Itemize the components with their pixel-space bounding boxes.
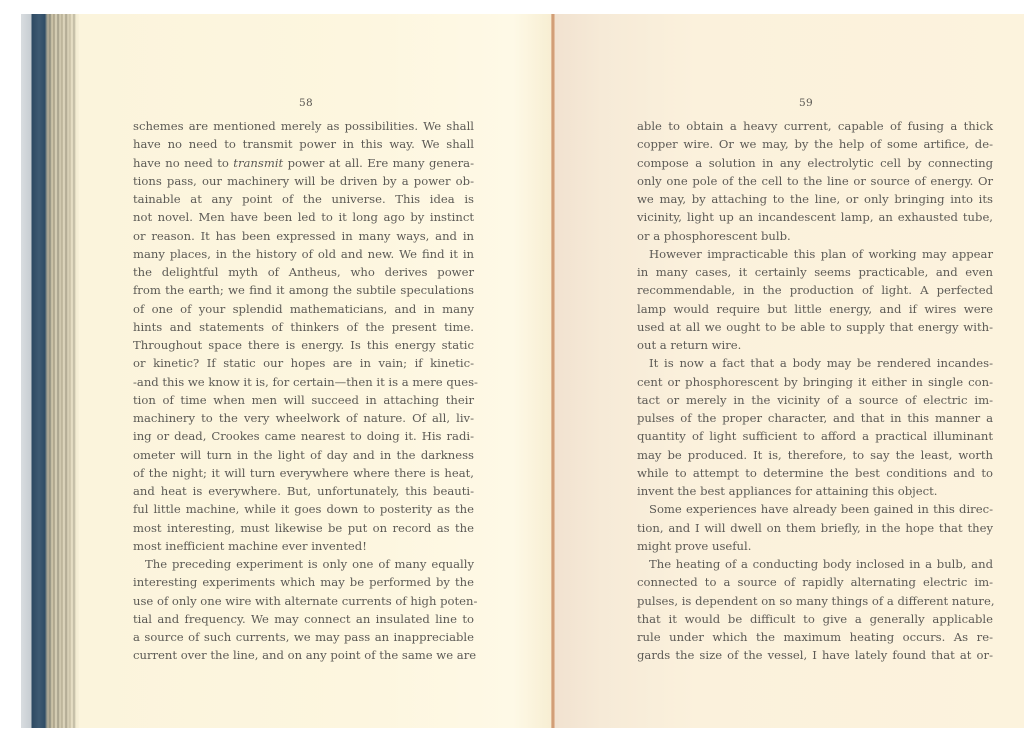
text-line: pulses, is dependent on so many things o… <box>637 592 993 610</box>
text-line: most interesting, must likewise be put o… <box>133 519 474 537</box>
text-line: hints and statements of thinkers of the … <box>133 318 474 336</box>
text-line: a source of such currents, we may pass a… <box>133 628 474 646</box>
text-line: and heat is everywhere. But, unfortunate… <box>133 482 474 500</box>
text-line: used at all we ought to be able to suppl… <box>637 318 993 336</box>
text-fragment: have no need to <box>133 156 233 170</box>
text-line: able to obtain a heavy current, capable … <box>637 117 993 135</box>
text-line: the delightful myth of Antheus, who deri… <box>133 263 474 281</box>
text-line: tions pass, our machinery will be driven… <box>133 172 474 190</box>
text-line: ing or dead, Crookes came nearest to doi… <box>133 427 474 445</box>
text-line: might prove useful. <box>637 537 993 555</box>
text-line: not novel. Men have been led to it long … <box>133 208 474 226</box>
text-line: vicinity, light up an incandescent lamp,… <box>637 208 993 226</box>
text-line: only one pole of the cell to the line or… <box>637 172 993 190</box>
book-page-edges <box>21 14 79 728</box>
text-line: out a return wire. <box>637 336 993 354</box>
text-line: Some experiences have already been gaine… <box>637 500 993 518</box>
text-line: rule under which the maximum heating occ… <box>637 628 993 646</box>
text-line: Throughout space there is energy. Is thi… <box>133 336 474 354</box>
text-line: copper wire. Or we may, by the help of s… <box>637 135 993 153</box>
text-line: current over the line, and on any point … <box>133 646 474 664</box>
open-book-spread: 58 schemes are mentioned merely as possi… <box>21 14 1024 728</box>
text-line: schemes are mentioned merely as possibil… <box>133 117 474 135</box>
left-page: 58 schemes are mentioned merely as possi… <box>79 14 551 728</box>
text-line: of the night; it will turn everywhere wh… <box>133 464 474 482</box>
text-line: interesting experiments which may be per… <box>133 573 474 591</box>
text-line: or kinetic? If static our hopes are in v… <box>133 354 474 372</box>
page-text-block: schemes are mentioned merely as possibil… <box>133 117 474 665</box>
text-line: machinery to the very wheelwork of natur… <box>133 409 474 427</box>
text-line: ometer will turn in the light of day and… <box>133 446 474 464</box>
text-line: The preceding experiment is only one of … <box>133 555 474 573</box>
text-line: in many cases, it certainly seems practi… <box>637 263 993 281</box>
right-page: 59 able to obtain a heavy current, capab… <box>555 14 1024 728</box>
page-text-block: able to obtain a heavy current, capable … <box>637 117 993 665</box>
text-line: invent the best appliances for attaining… <box>637 482 993 500</box>
text-line: pulses of the proper character, and that… <box>637 409 993 427</box>
text-line: or a phosphorescent bulb. <box>637 227 993 245</box>
text-line: most inefficient machine ever invented! <box>133 537 474 555</box>
text-line: tact or merely in the vicinity of a sour… <box>637 391 993 409</box>
text-line: tial and frequency. We may connect an in… <box>133 610 474 628</box>
text-line: that it would be difficult to give a gen… <box>637 610 993 628</box>
text-line: The heating of a conducting body inclose… <box>637 555 993 573</box>
text-line: have no need to transmit power in this w… <box>133 135 474 153</box>
text-line: It is now a fact that a body may be rend… <box>637 354 993 372</box>
text-line: gards the size of the vessel, I have lat… <box>637 646 993 664</box>
text-line: recommendable, in the production of ligh… <box>637 281 993 299</box>
text-fragment: power at all. Ere many genera- <box>283 156 474 170</box>
text-line: many places, in the history of old and n… <box>133 245 474 263</box>
text-line: cent or phosphorescent by bringing it ei… <box>637 373 993 391</box>
text-line: may be produced. It is, therefore, to sa… <box>637 446 993 464</box>
text-line: quantity of light sufficient to afford a… <box>637 427 993 445</box>
page-number: 59 <box>799 97 813 109</box>
text-line: However impracticable this plan of worki… <box>637 245 993 263</box>
text-line: ful little machine, while it goes down t… <box>133 500 474 518</box>
text-line: tion of time when men will succeed in at… <box>133 391 474 409</box>
text-line: while to attempt to determine the best c… <box>637 464 993 482</box>
text-line: we may, by attaching to the line, or onl… <box>637 190 993 208</box>
text-line: compose a solution in any electrolytic c… <box>637 154 993 172</box>
italic-emphasis: transmit <box>233 156 283 170</box>
text-line: tainable at any point of the universe. T… <box>133 190 474 208</box>
text-line: connected to a source of rapidly alterna… <box>637 573 993 591</box>
text-line: or reason. It has been expressed in many… <box>133 227 474 245</box>
text-line: from the earth; we find it among the sub… <box>133 281 474 299</box>
text-line: -and this we know it is, for certain—the… <box>133 373 474 391</box>
text-line: use of only one wire with alternate curr… <box>133 592 474 610</box>
text-line: of one of your splendid mathematicians, … <box>133 300 474 318</box>
page-number: 58 <box>299 97 313 109</box>
text-line: have no need to transmit power at all. E… <box>133 154 474 172</box>
text-line: lamp would require but little energy, an… <box>637 300 993 318</box>
text-line: tion, and I will dwell on them briefly, … <box>637 519 993 537</box>
